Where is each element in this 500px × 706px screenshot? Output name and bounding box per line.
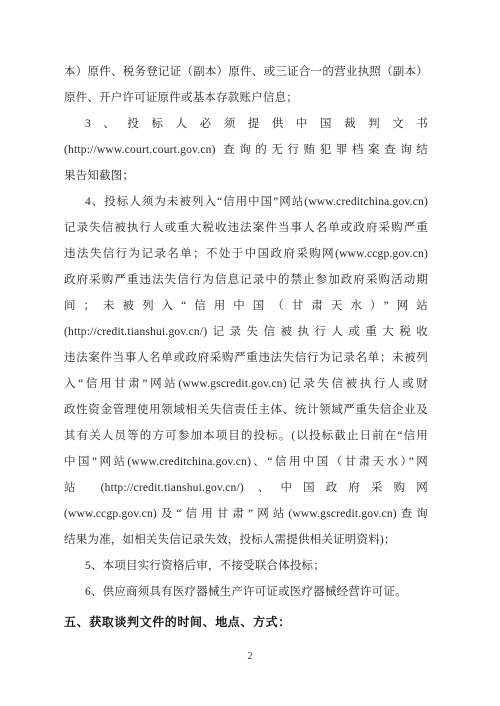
document-line: 违法失信行为记录名单；不处于中国政府采购网(www.ccgp.gov.cn) — [64, 241, 428, 267]
paragraph: 5、本项目实行资格后审，不接受联合体投标； — [64, 553, 428, 579]
document-line: 5、本项目实行资格后审，不接受联合体投标； — [64, 553, 428, 579]
document-page: 本）原件、税务登记证（副本）原件、或三证合一的营业执照（副本） 原件、开户许可证… — [0, 0, 500, 706]
document-line: 结果为准，如相关失信记录失效，投标人需提供相关证明资料)； — [64, 527, 428, 553]
document-line: 违法案件当事人名单或政府采购严重违法失信行为记录名单；未被列 — [64, 345, 428, 371]
page-number: 2 — [0, 650, 500, 664]
document-line: (http://credit.tianshui.gov.cn/)记录失信被执行人… — [64, 319, 428, 345]
document-line: 记录失信被执行人或重大税收违法案件当事人名单或政府采购严重 — [64, 215, 428, 241]
document-line: (http://www.court.court.gov.cn) 查询的无行贿犯罪… — [64, 137, 428, 163]
document-line: 入“信用甘肃”网站(www.gscredit.gov.cn)记录失信被执行人或财 — [64, 371, 428, 397]
document-line: 6、供应商须具有医疗器械生产许可证或医疗器械经营许可证。 — [64, 579, 428, 605]
document-line: 政性资金管理使用领域相关失信责任主体、统计领域严重失信企业及 — [64, 397, 428, 423]
document-line: 本）原件、税务登记证（副本）原件、或三证合一的营业执照（副本） — [64, 59, 428, 85]
paragraph: 3、投标人必须提供中国裁判文书 (http://www.court.court.… — [64, 111, 428, 189]
document-line: 中国”网站(www.creditchina.gov.cn)、“信用中国（甘肃天水… — [64, 449, 428, 475]
document-line: (www.ccgp.gov.cn)及“信用甘肃”网站(www.gscredit.… — [64, 501, 428, 527]
section-heading: 五、获取谈判文件的时间、地点、方式： — [64, 609, 428, 635]
document-line: 间；未被列入“信用中国（甘肃天水）”网站 — [64, 293, 428, 319]
document-body: 本）原件、税务登记证（副本）原件、或三证合一的营业执照（副本） 原件、开户许可证… — [64, 59, 428, 635]
document-line: 站 (http://credit.tianshui.gov.cn/) 、中国政府… — [64, 475, 428, 501]
document-line: 政府采购严重违法失信行为信息记录中的禁止参加政府采购活动期 — [64, 267, 428, 293]
paragraph: 6、供应商须具有医疗器械生产许可证或医疗器械经营许可证。 — [64, 579, 428, 605]
document-line: 原件、开户许可证原件或基本存款账户信息； — [64, 85, 428, 111]
document-line: 果告知截图； — [64, 163, 428, 189]
document-line: 其有关人员等的方可参加本项目的投标。(以投标截止日前在“信用 — [64, 423, 428, 449]
paragraph: 4、投标人须为未被列入“信用中国”网站(www.creditchina.gov.… — [64, 189, 428, 553]
paragraph: 本）原件、税务登记证（副本）原件、或三证合一的营业执照（副本） 原件、开户许可证… — [64, 59, 428, 111]
document-line: 4、投标人须为未被列入“信用中国”网站(www.creditchina.gov.… — [64, 189, 428, 215]
document-line: 3、投标人必须提供中国裁判文书 — [64, 111, 428, 137]
